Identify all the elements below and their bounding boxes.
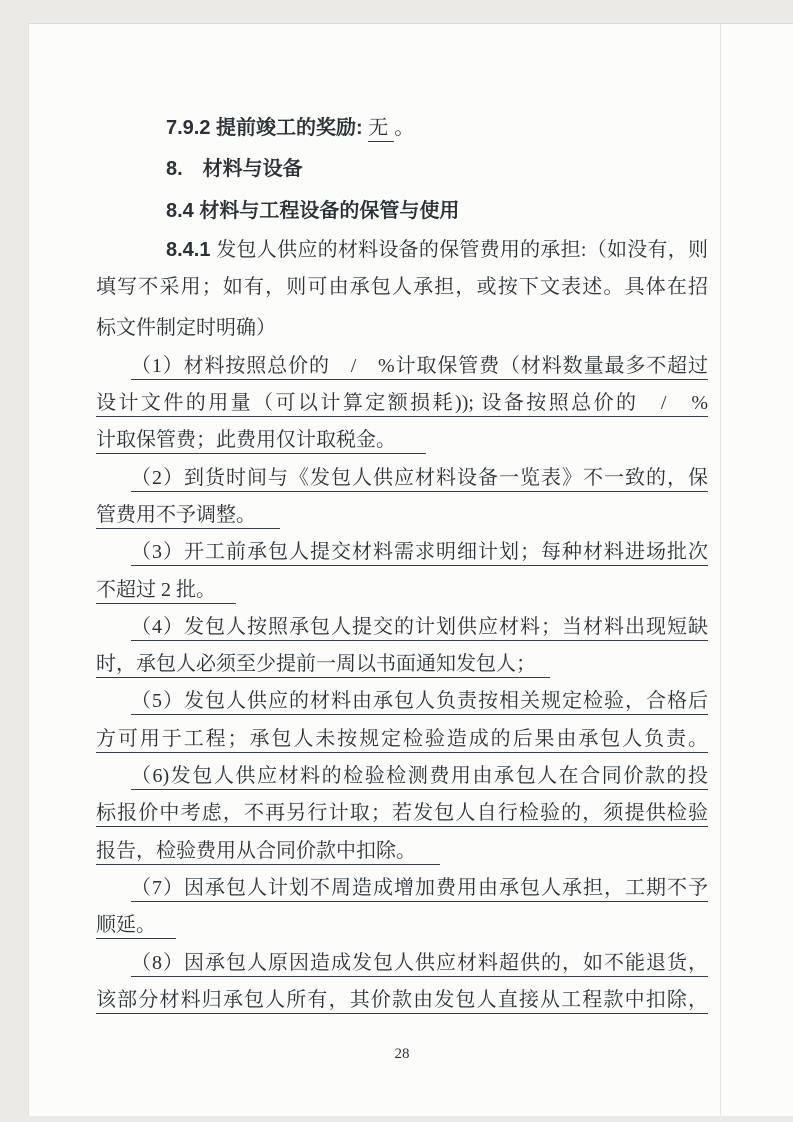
underlined-text: 无	[368, 117, 394, 142]
text-line: 该部分材料归承包人所有，其价款由发包人直接从工程款中扣除，	[96, 982, 708, 1019]
text-line: 标文件制定时明确）	[96, 310, 708, 347]
heading-text: 7.9.2 提前竣工的奖励:	[166, 117, 368, 139]
text-line: 管费用不予调整。	[96, 497, 708, 534]
scan-crease-line	[720, 24, 721, 1116]
heading-text: 8. 材料与设备	[166, 158, 303, 180]
text-line: 时，承包人必须至少提前一周以书面通知发包人；	[96, 646, 708, 683]
body-text: 填写不采用；如有，则可由承包人承担，或按下文表述。具体在招	[96, 276, 708, 298]
underlined-text: 设计文件的用量（可以计算定额损耗)); 设备按照总价的 / %	[96, 392, 708, 417]
heading-text: 8.4 材料与工程设备的保管与使用	[166, 200, 459, 222]
underlined-text: 不超过 2 批。	[96, 579, 236, 604]
underlined-text: （2）到货时间与《发包人供应材料设备一览表》不一致的，保	[131, 467, 708, 492]
document-page: 7.9.2 提前竣工的奖励: 无。8. 材料与设备8.4 材料与工程设备的保管与…	[28, 23, 793, 1116]
text-line: 7.9.2 提前竣工的奖励: 无。	[96, 110, 708, 147]
page-number: 28	[96, 1046, 708, 1063]
text-line: 8. 材料与设备	[96, 151, 708, 188]
underlined-text: （8）因承包人原因造成发包人供应材料超供的，如不能退货，	[131, 952, 708, 977]
text-line: （8）因承包人原因造成发包人供应材料超供的，如不能退货，	[96, 945, 708, 982]
text-line: 方可用于工程；承包人未按规定检验造成的后果由承包人负责。	[96, 721, 708, 758]
underlined-text: （1）材料按照总价的 / %计取保管费（材料数量最多不超过	[131, 355, 708, 380]
underlined-text: 报告，检验费用从合同价款中扣除。	[96, 840, 440, 865]
heading-text: 8.4.1	[166, 239, 216, 261]
text-line: （6)发包人供应材料的检验检测费用由承包人在合同价款的投	[96, 758, 708, 795]
underlined-text: 时，承包人必须至少提前一周以书面通知发包人；	[96, 653, 550, 678]
text-line: （7）因承包人计划不周造成增加费用由承包人承担，工期不予	[96, 870, 708, 907]
body-text: 发包人供应的材料设备的保管费用的承担:（如没有，则	[216, 239, 708, 261]
text-line: （4）发包人按照承包人提交的计划供应材料；当材料出现短缺	[96, 609, 708, 646]
underlined-text: （4）发包人按照承包人提交的计划供应材料；当材料出现短缺	[131, 616, 708, 641]
text-line: 8.4 材料与工程设备的保管与使用	[96, 193, 708, 230]
document-body: 7.9.2 提前竣工的奖励: 无。8. 材料与设备8.4 材料与工程设备的保管与…	[96, 110, 708, 1019]
underlined-text: （7）因承包人计划不周造成增加费用由承包人承担，工期不予	[131, 877, 708, 902]
underlined-text: 管费用不予调整。	[96, 504, 280, 529]
body-text: 。	[394, 117, 414, 139]
text-line: 不超过 2 批。	[96, 572, 708, 609]
underlined-text: （5）发包人供应的材料由承包人负责按相关规定检验，合格后	[131, 690, 708, 715]
text-line: 设计文件的用量（可以计算定额损耗)); 设备按照总价的 / %	[96, 385, 708, 422]
text-line: 顺延。	[96, 907, 708, 944]
underlined-text: 标报价中考虑，不再另行计取；若发包人自行检验的，须提供检验	[96, 802, 708, 827]
underlined-text: （6)发包人供应材料的检验检测费用由承包人在合同价款的投	[131, 765, 708, 790]
underlined-text: 该部分材料归承包人所有，其价款由发包人直接从工程款中扣除，	[96, 989, 708, 1014]
underlined-text: 顺延。	[96, 914, 176, 939]
text-line: 标报价中考虑，不再另行计取；若发包人自行检验的，须提供检验	[96, 795, 708, 832]
text-line: （3）开工前承包人提交材料需求明细计划；每种材料进场批次	[96, 534, 708, 571]
text-line: （1）材料按照总价的 / %计取保管费（材料数量最多不超过	[96, 348, 708, 385]
text-line: 报告，检验费用从合同价款中扣除。	[96, 833, 708, 870]
underlined-text: 计取保管费；此费用仅计取税金。	[96, 429, 426, 454]
text-line: （2）到货时间与《发包人供应材料设备一览表》不一致的，保	[96, 460, 708, 497]
text-line: 计取保管费；此费用仅计取税金。	[96, 422, 708, 459]
text-line: 8.4.1 发包人供应的材料设备的保管费用的承担:（如没有，则	[96, 232, 708, 269]
underlined-text: 方可用于工程；承包人未按规定检验造成的后果由承包人负责。	[96, 728, 708, 753]
body-text: 标文件制定时明确）	[96, 317, 276, 339]
text-line: （5）发包人供应的材料由承包人负责按相关规定检验，合格后	[96, 683, 708, 720]
text-line: 填写不采用；如有，则可由承包人承担，或按下文表述。具体在招	[96, 269, 708, 306]
underlined-text: （3）开工前承包人提交材料需求明细计划；每种材料进场批次	[131, 541, 708, 566]
